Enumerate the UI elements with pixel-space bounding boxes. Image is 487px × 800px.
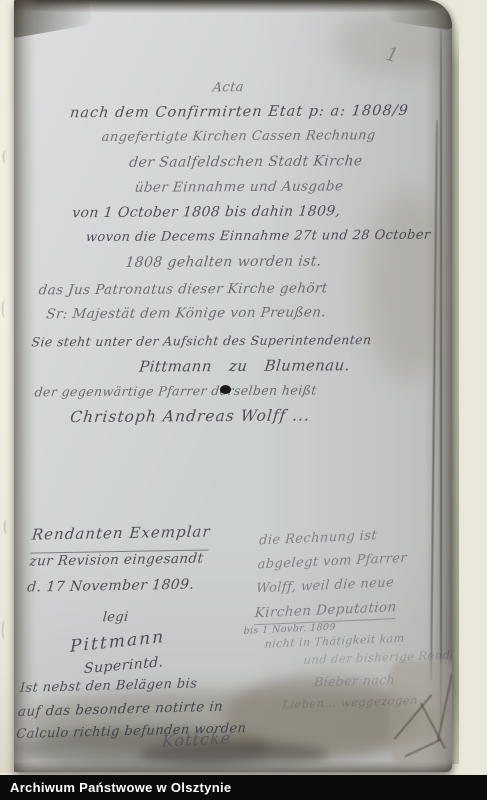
- manuscript-line: der gegenwärtige Pfarrer derselben heißt: [33, 382, 432, 409]
- book-page-edges: [451, 22, 459, 764]
- manuscript-line: der Saalfeldschen Stadt Kirche: [128, 153, 452, 180]
- manuscript-line: zur Revision eingesandt: [28, 550, 209, 579]
- archive-watermark-bar: Archiwum Państwowe w Olsztynie: [0, 775, 487, 800]
- manuscript-line: Christoph Andreas Wolff ...: [69, 406, 430, 434]
- manuscript-line: nach dem Confirmirten Etat p: a: 1808/9: [68, 103, 452, 131]
- manuscript-line: 1808 gehalten worden ist.: [124, 253, 445, 282]
- revision-note-block: Rendanten Exemplar zur Revision eingesan…: [19, 522, 211, 681]
- right-note-faint-block: und der bisherige Rendant Bieber nach Li…: [299, 647, 452, 719]
- manuscript-line: Rendanten Exemplar: [30, 522, 211, 553]
- manuscript-line: von 1 October 1808 bis dahin 1809,: [71, 203, 450, 231]
- manuscript-line: Sr: Majestät dem Könige von Preußen.: [44, 304, 439, 335]
- manuscript-line: Sie steht unter der Aufsicht des Superin…: [30, 332, 437, 359]
- manuscript-line: wovon die Decems Einnahme 27t und 28 Oct…: [84, 228, 447, 256]
- manuscript-line: d. 17 November 1809.: [25, 576, 207, 611]
- archive-name-label: Archiwum Państwowe w Olsztynie: [10, 780, 231, 795]
- manuscript-line: angefertigte Kirchen Cassen Rechnung: [100, 128, 452, 155]
- right-note-block: die Rechnung ist abgelegt vom Pfarrer Wo…: [252, 527, 411, 656]
- bleedthrough-mark: [2, 620, 8, 640]
- manuscript-line: Pittmann zu Blumenau.: [138, 356, 435, 384]
- manuscript-line: das Jus Patronatus dieser Kirche gehört: [37, 280, 442, 307]
- manuscript-line: Acta: [211, 79, 452, 105]
- binding-gutter-shadow: [14, 0, 38, 772]
- previous-page-edge: [0, 0, 14, 773]
- ink-blot: [220, 385, 231, 394]
- manuscript-page: 1 Acta nach dem Confirmirten Etat p: a: …: [14, 0, 452, 772]
- bleedthrough-mark: [3, 150, 9, 164]
- manuscript-line: über Einnahme und Ausgabe: [133, 178, 452, 205]
- main-text-block: Acta nach dem Confirmirten Etat p: a: 18…: [21, 79, 452, 435]
- signature-kottcke: Kottcke: [161, 728, 231, 751]
- bleedthrough-mark: [2, 300, 8, 318]
- bleedthrough-mark: [4, 520, 10, 534]
